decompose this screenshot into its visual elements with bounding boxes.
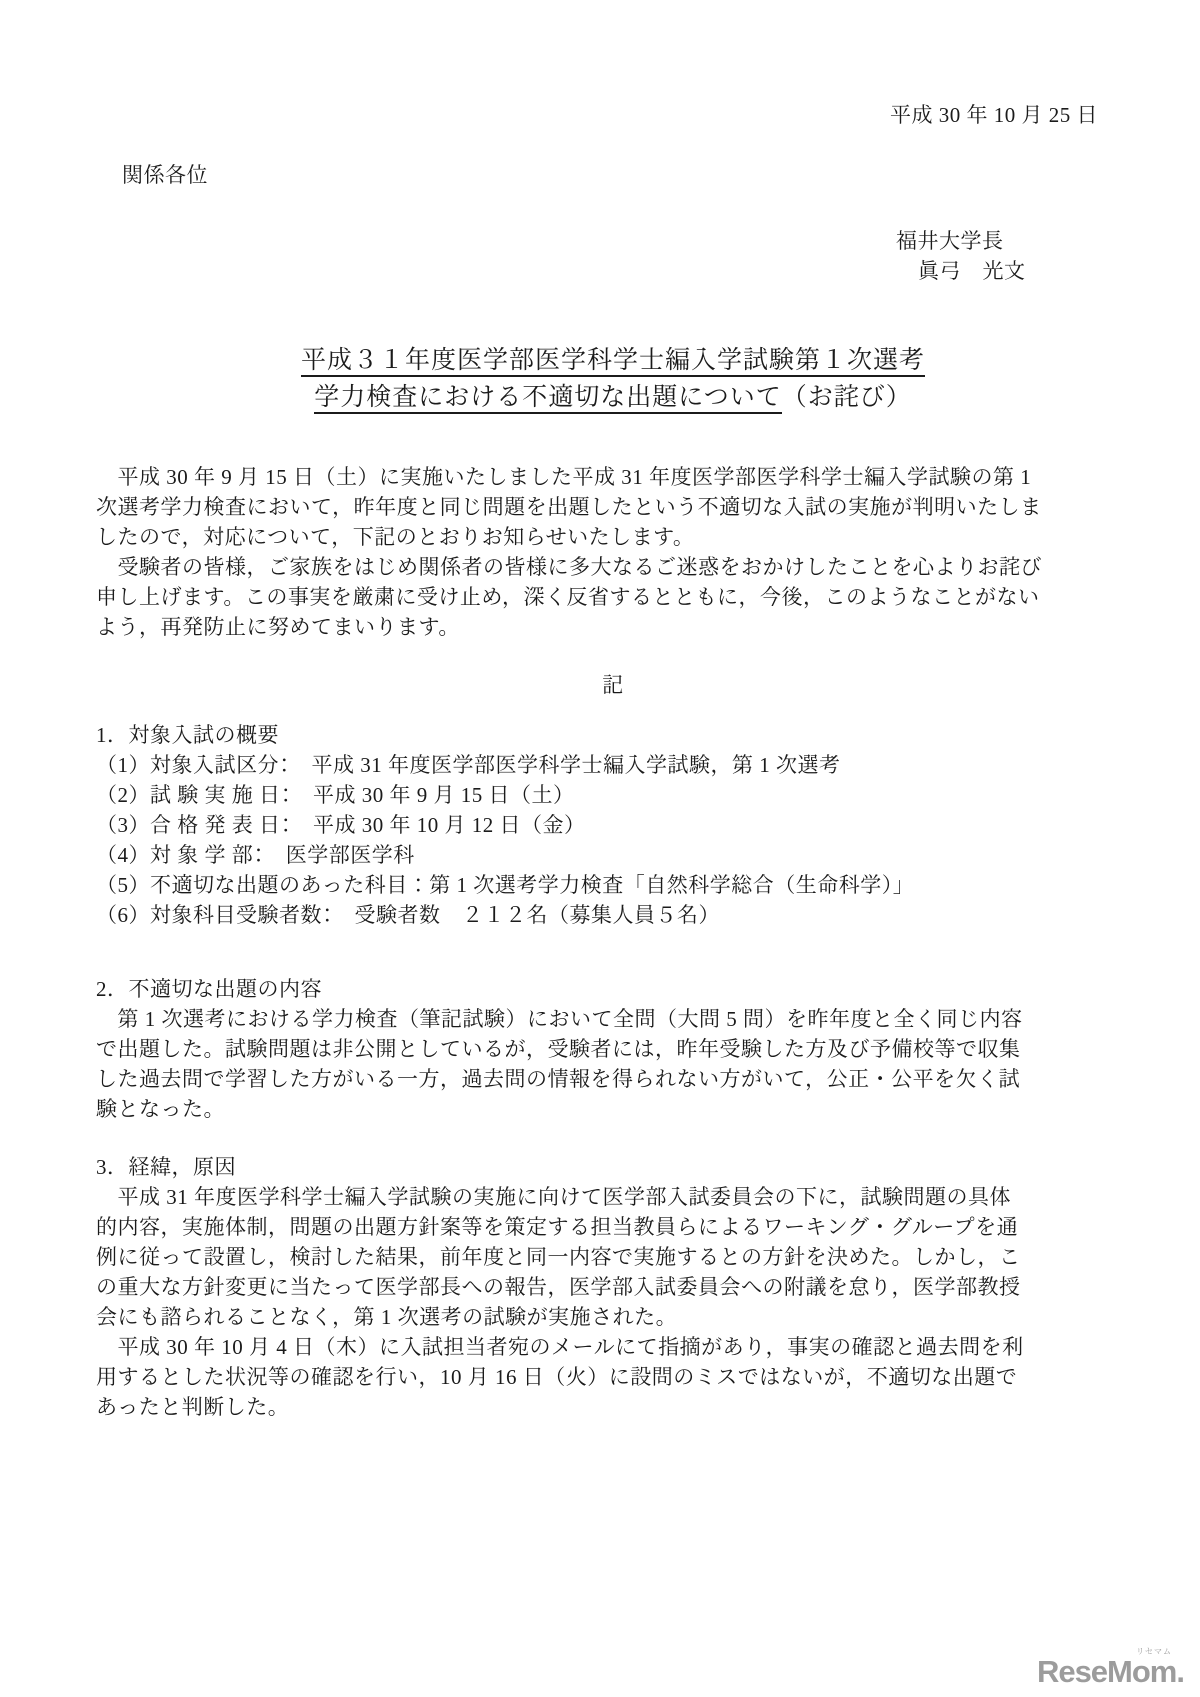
ki-marker: 記 bbox=[96, 670, 1130, 700]
document-content: 平成 30 年 10 月 25 日 関係各位 福井大学長 眞弓 光文 平成３１年… bbox=[0, 0, 1200, 1422]
text-line: よう，再発防止に努めてまいります。 bbox=[96, 612, 1130, 642]
title-line-2-suffix: （お詫び） bbox=[782, 384, 912, 411]
text-line: したので，対応について，下記のとおりお知らせいたします。 bbox=[96, 522, 1130, 552]
document-body: 平成 30 年 9 月 15 日（土）に実施いたしました平成 31 年度医学部医… bbox=[96, 462, 1130, 1422]
document-page: 平成 30 年 10 月 25 日 関係各位 福井大学長 眞弓 光文 平成３１年… bbox=[0, 0, 1200, 1697]
text-line: （2）試 験 実 施 日： 平成 30 年 9 月 15 日（土） bbox=[96, 780, 1130, 810]
section-3-paragraph-2: 平成 30 年 10 月 4 日（木）に入試担当者宛のメールにて指摘があり，事実… bbox=[96, 1332, 1130, 1422]
intro-paragraph-1: 平成 30 年 9 月 15 日（土）に実施いたしました平成 31 年度医学部医… bbox=[96, 462, 1130, 552]
text-line: 平成 31 年度医学科学士編入学試験の実施に向けて医学部入試委員会の下に，試験問… bbox=[96, 1182, 1130, 1212]
text-line: 例に従って設置し，検討した結果，前年度と同一内容で実施するとの方針を決めた。しか… bbox=[96, 1242, 1130, 1272]
resemom-watermark-logo: リセマムReseMom. bbox=[1037, 1655, 1184, 1689]
text-line: 的内容，実施体制，問題の出題方針案等を策定する担当教員らによるワーキング・グルー… bbox=[96, 1212, 1130, 1242]
text-line: 会にも諮られることなく，第 1 次選考の試験が実施された。 bbox=[96, 1302, 1130, 1332]
section-2-heading: 2．不適切な出題の内容 bbox=[96, 974, 1130, 1004]
document-date: 平成 30 年 10 月 25 日 bbox=[96, 100, 1130, 130]
text-line: （6）対象科目受験者数： 受験者数 ２１２名（募集人員５名） bbox=[96, 900, 1130, 930]
sender-block: 福井大学長 眞弓 光文 bbox=[896, 226, 1130, 286]
resemom-ruby-text: リセマム bbox=[1136, 1648, 1172, 1656]
section-1-heading: 1．対象入試の概要 bbox=[96, 720, 1130, 750]
text-line: （1）対象入試区分： 平成 31 年度医学部医学科学士編入学試験，第 1 次選考 bbox=[96, 750, 1130, 780]
text-line: （4）対 象 学 部： 医学部医学科 bbox=[96, 840, 1130, 870]
text-line: した過去問で学習した方がいる一方，過去問の情報を得られない方がいて，公正・公平を… bbox=[96, 1064, 1130, 1094]
text-line: （3）合 格 発 表 日： 平成 30 年 10 月 12 日（金） bbox=[96, 810, 1130, 840]
text-line: 次選考学力検査において，昨年度と同じ問題を出題したという不適切な入試の実施が判明… bbox=[96, 492, 1130, 522]
title-line-2: 学力検査における不適切な出題について（お詫び） bbox=[96, 379, 1130, 416]
text-line: 験となった。 bbox=[96, 1094, 1130, 1124]
sender-name: 眞弓 光文 bbox=[896, 256, 1130, 286]
text-line: で出題した。試験問題は非公開としているが，受験者には，昨年受験した方及び予備校等… bbox=[96, 1034, 1130, 1064]
section-inappropriate-content: 2．不適切な出題の内容 第 1 次選考における学力検査（筆記試験）において全問（… bbox=[96, 974, 1130, 1124]
text-line: 申し上げます。この事実を厳粛に受け止め，深く反省するとともに，今後，このようなこ… bbox=[96, 582, 1130, 612]
section-1-items: （1）対象入試区分： 平成 31 年度医学部医学科学士編入学試験，第 1 次選考… bbox=[96, 750, 1130, 930]
section-3-heading: 3．経緯，原因 bbox=[96, 1152, 1130, 1182]
text-line: の重大な方針変更に当たって医学部長への報告，医学部入試委員会への附議を怠り，医学… bbox=[96, 1272, 1130, 1302]
text-line: 平成 30 年 10 月 4 日（木）に入試担当者宛のメールにて指摘があり，事実… bbox=[96, 1332, 1130, 1362]
title-line-1: 平成３１年度医学部医学科学士編入学試験第１次選考 bbox=[96, 342, 1130, 379]
section-overview: 1．対象入試の概要 （1）対象入試区分： 平成 31 年度医学部医学科学士編入学… bbox=[96, 720, 1130, 930]
section-3-paragraph-1: 平成 31 年度医学科学士編入学試験の実施に向けて医学部入試委員会の下に，試験問… bbox=[96, 1182, 1130, 1332]
text-line: あったと判断した。 bbox=[96, 1392, 1130, 1422]
recipient: 関係各位 bbox=[96, 160, 1130, 190]
intro-paragraph-2: 受験者の皆様，ご家族をはじめ関係者の皆様に多大なるご迷惑をおかけしたことを心より… bbox=[96, 552, 1130, 642]
document-title: 平成３１年度医学部医学科学士編入学試験第１次選考 学力検査における不適切な出題に… bbox=[96, 342, 1130, 416]
text-line: 用するとした状況等の確認を行い，10 月 16 日（火）に設問のミスではないが，… bbox=[96, 1362, 1130, 1392]
section-2-body: 第 1 次選考における学力検査（筆記試験）において全問（大問 5 問）を昨年度と… bbox=[96, 1004, 1130, 1124]
resemom-brand-text: リセマムReseMom. bbox=[1037, 1655, 1184, 1689]
section-cause: 3．経緯，原因 平成 31 年度医学科学士編入学試験の実施に向けて医学部入試委員… bbox=[96, 1152, 1130, 1422]
resemom-dot: . bbox=[1176, 1654, 1184, 1689]
sender-title: 福井大学長 bbox=[896, 226, 1130, 256]
text-line: （5）不適切な出題のあった科目：第 1 次選考学力検査「自然科学総合（生命科学）… bbox=[96, 870, 1130, 900]
text-line: 受験者の皆様，ご家族をはじめ関係者の皆様に多大なるご迷惑をおかけしたことを心より… bbox=[96, 552, 1130, 582]
text-line: 平成 30 年 9 月 15 日（土）に実施いたしました平成 31 年度医学部医… bbox=[96, 462, 1130, 492]
text-line: 第 1 次選考における学力検査（筆記試験）において全問（大問 5 問）を昨年度と… bbox=[96, 1004, 1130, 1034]
